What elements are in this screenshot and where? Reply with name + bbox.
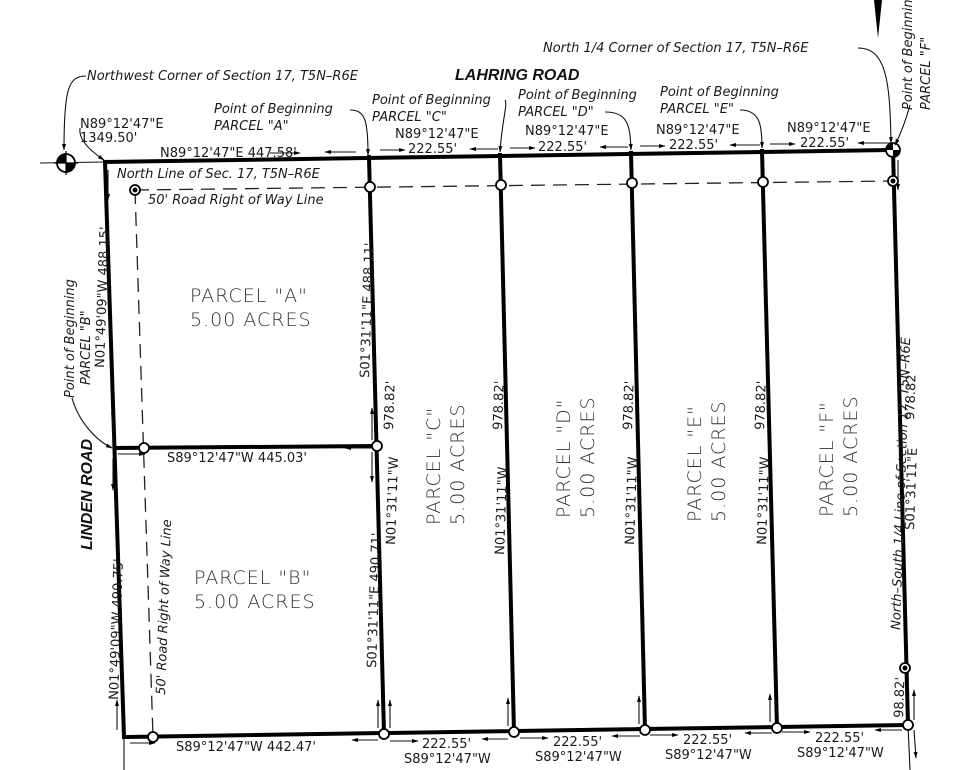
pin-icon (372, 441, 382, 451)
dim-c-west-dist: 978.82' (382, 381, 399, 431)
svg-text:Point of Beginning: Point of Beginning (660, 85, 779, 100)
dim-f-west-dist: 978.82' (753, 381, 770, 431)
pin-icon (903, 720, 913, 730)
dim-south-c-dist: 222.55' (422, 737, 471, 752)
svg-text:PARCEL "A": PARCEL "A" (214, 119, 289, 134)
parcel-boundaries (105, 150, 908, 737)
svg-text:PARCEL "D": PARCEL "D" (553, 398, 575, 518)
svg-text:PARCEL "A": PARCEL "A" (190, 285, 308, 307)
svg-text:PARCEL "B": PARCEL "B" (194, 567, 311, 589)
dim-south-c-bearing: S89°12'47"W (404, 752, 491, 767)
iron-pins (130, 143, 913, 742)
pin-icon (139, 443, 149, 453)
dim-south-e-dist: 222.55' (683, 733, 732, 748)
svg-text:5.00 ACRES: 5.00 ACRES (577, 396, 599, 518)
survey-drawing: LAHRING ROAD LINDEN ROAD Northwest Corne… (0, 0, 980, 770)
svg-text:5.00 ACRES: 5.00 ACRES (447, 403, 469, 525)
dim-f-east-bearing: S01°31'11"E (903, 448, 921, 531)
parcel-e-label: PARCEL "E" 5.00 ACRES (684, 400, 730, 522)
dim-e-west-dist: 978.82' (621, 381, 638, 431)
north-arrow-icon (874, 0, 882, 38)
dim-north-c-bearing: N89°12'47"E (395, 127, 479, 142)
pin-icon (496, 180, 506, 190)
pin-icon (379, 729, 389, 739)
row-line-north-label: 50' Road Right of Way Line (148, 193, 324, 208)
svg-text:PARCEL "B": PARCEL "B" (79, 310, 94, 385)
svg-text:PARCEL "F": PARCEL "F" (816, 401, 838, 517)
dim-south-d-bearing: S89°12'47"W (535, 750, 622, 765)
parcel-d-label: PARCEL "D" 5.00 ACRES (553, 396, 599, 518)
svg-text:PARCEL "C": PARCEL "C" (372, 110, 447, 125)
north-line-label: North Line of Sec. 17, T5N–R6E (117, 167, 321, 182)
svg-text:Point of Beginning: Point of Beginning (372, 93, 491, 108)
pin-icon (509, 727, 519, 737)
dim-f-west-bearing: N01°31'11"W (755, 456, 773, 545)
road-name-north: LAHRING ROAD (455, 67, 580, 84)
row-line-west-label: 50' Road Right of Way Line (154, 519, 175, 695)
pin-icon (640, 725, 650, 735)
dim-d-west-dist: 978.82' (491, 381, 508, 431)
pob-c: Point of Beginning PARCEL "C" (372, 93, 491, 125)
dim-f-east-dist: 978.82' (903, 371, 920, 421)
section-corner-icon (54, 151, 78, 175)
pin-icon (758, 177, 768, 187)
svg-text:5.00 ACRES: 5.00 ACRES (190, 309, 312, 331)
pin-icon (772, 723, 782, 733)
svg-text:Point of Beginning: Point of Beginning (63, 279, 78, 398)
parcel-c-label: PARCEL "C" 5.00 ACRES (423, 403, 469, 525)
svg-text:PARCEL "C": PARCEL "C" (423, 407, 445, 525)
road-name-west: LINDEN ROAD (79, 438, 96, 550)
dim-south-e-bearing: S89°12'47"W (665, 748, 752, 763)
svg-text:Point of Beginning: Point of Beginning (518, 88, 637, 103)
pob-e: Point of Beginning PARCEL "E" (660, 85, 779, 117)
n-quarter-corner-label: North 1/4 Corner of Section 17, T5N–R6E (543, 41, 809, 56)
tie-bearing: N89°12'47"E (80, 117, 164, 132)
dim-north-e-dist: 222.55' (669, 138, 718, 153)
dim-south-d-dist: 222.55' (553, 735, 602, 750)
pin-icon (627, 178, 637, 188)
dim-ab-line: S89°12'47"W 445.03' (167, 451, 307, 466)
pob-f: Point of Beginning PARCEL "F" (901, 0, 934, 110)
nw-corner-label: Northwest Corner of Section 17, T5N–R6E (87, 69, 359, 84)
dim-north-a: N89°12'47"E 447.58' (160, 146, 297, 161)
pob-b: Point of Beginning PARCEL "B" (63, 279, 94, 398)
dim-f-east-tail: 98.82' (892, 677, 908, 718)
svg-text:5.00 ACRES: 5.00 ACRES (840, 395, 862, 517)
dim-north-e-bearing: N89°12'47"E (656, 123, 740, 138)
svg-text:PARCEL "E": PARCEL "E" (684, 405, 706, 522)
dim-north-d-dist: 222.55' (538, 140, 587, 155)
pin-icon (365, 182, 375, 192)
dim-e-west-bearing: N01°31'11"W (623, 456, 641, 545)
parcel-b-label: PARCEL "B" 5.00 ACRES (194, 567, 316, 613)
dim-south-b: S89°12'47"W 442.47' (176, 740, 316, 755)
parcel-f-label: PARCEL "F" 5.00 ACRES (816, 395, 862, 517)
parcel-a-label: PARCEL "A" 5.00 ACRES (190, 285, 312, 331)
dim-south-f-bearing: S89°12'47"W (797, 746, 884, 761)
svg-text:5.00 ACRES: 5.00 ACRES (194, 591, 316, 613)
pin-icon (148, 732, 158, 742)
dim-north-c-dist: 222.55' (408, 142, 457, 157)
svg-text:5.00 ACRES: 5.00 ACRES (708, 400, 730, 522)
dim-north-f-bearing: N89°12'47"E (787, 121, 871, 136)
svg-text:PARCEL "E": PARCEL "E" (660, 102, 734, 117)
tie-distance: 1349.50' (80, 131, 137, 146)
dim-d-west-bearing: N01°31'11"W (493, 466, 511, 555)
svg-text:Point of Beginning: Point of Beginning (901, 0, 916, 110)
dim-north-f-dist: 222.55' (800, 136, 849, 151)
dim-south-f-dist: 222.55' (815, 731, 864, 746)
dim-north-d-bearing: N89°12'47"E (525, 124, 609, 139)
svg-text:PARCEL "D": PARCEL "D" (518, 105, 594, 120)
svg-text:PARCEL "F": PARCEL "F" (919, 37, 934, 110)
svg-text:Point of Beginning: Point of Beginning (214, 102, 333, 117)
pob-a: Point of Beginning PARCEL "A" (214, 102, 333, 134)
dim-c-west-bearing: N01°31'11"W (384, 456, 402, 545)
